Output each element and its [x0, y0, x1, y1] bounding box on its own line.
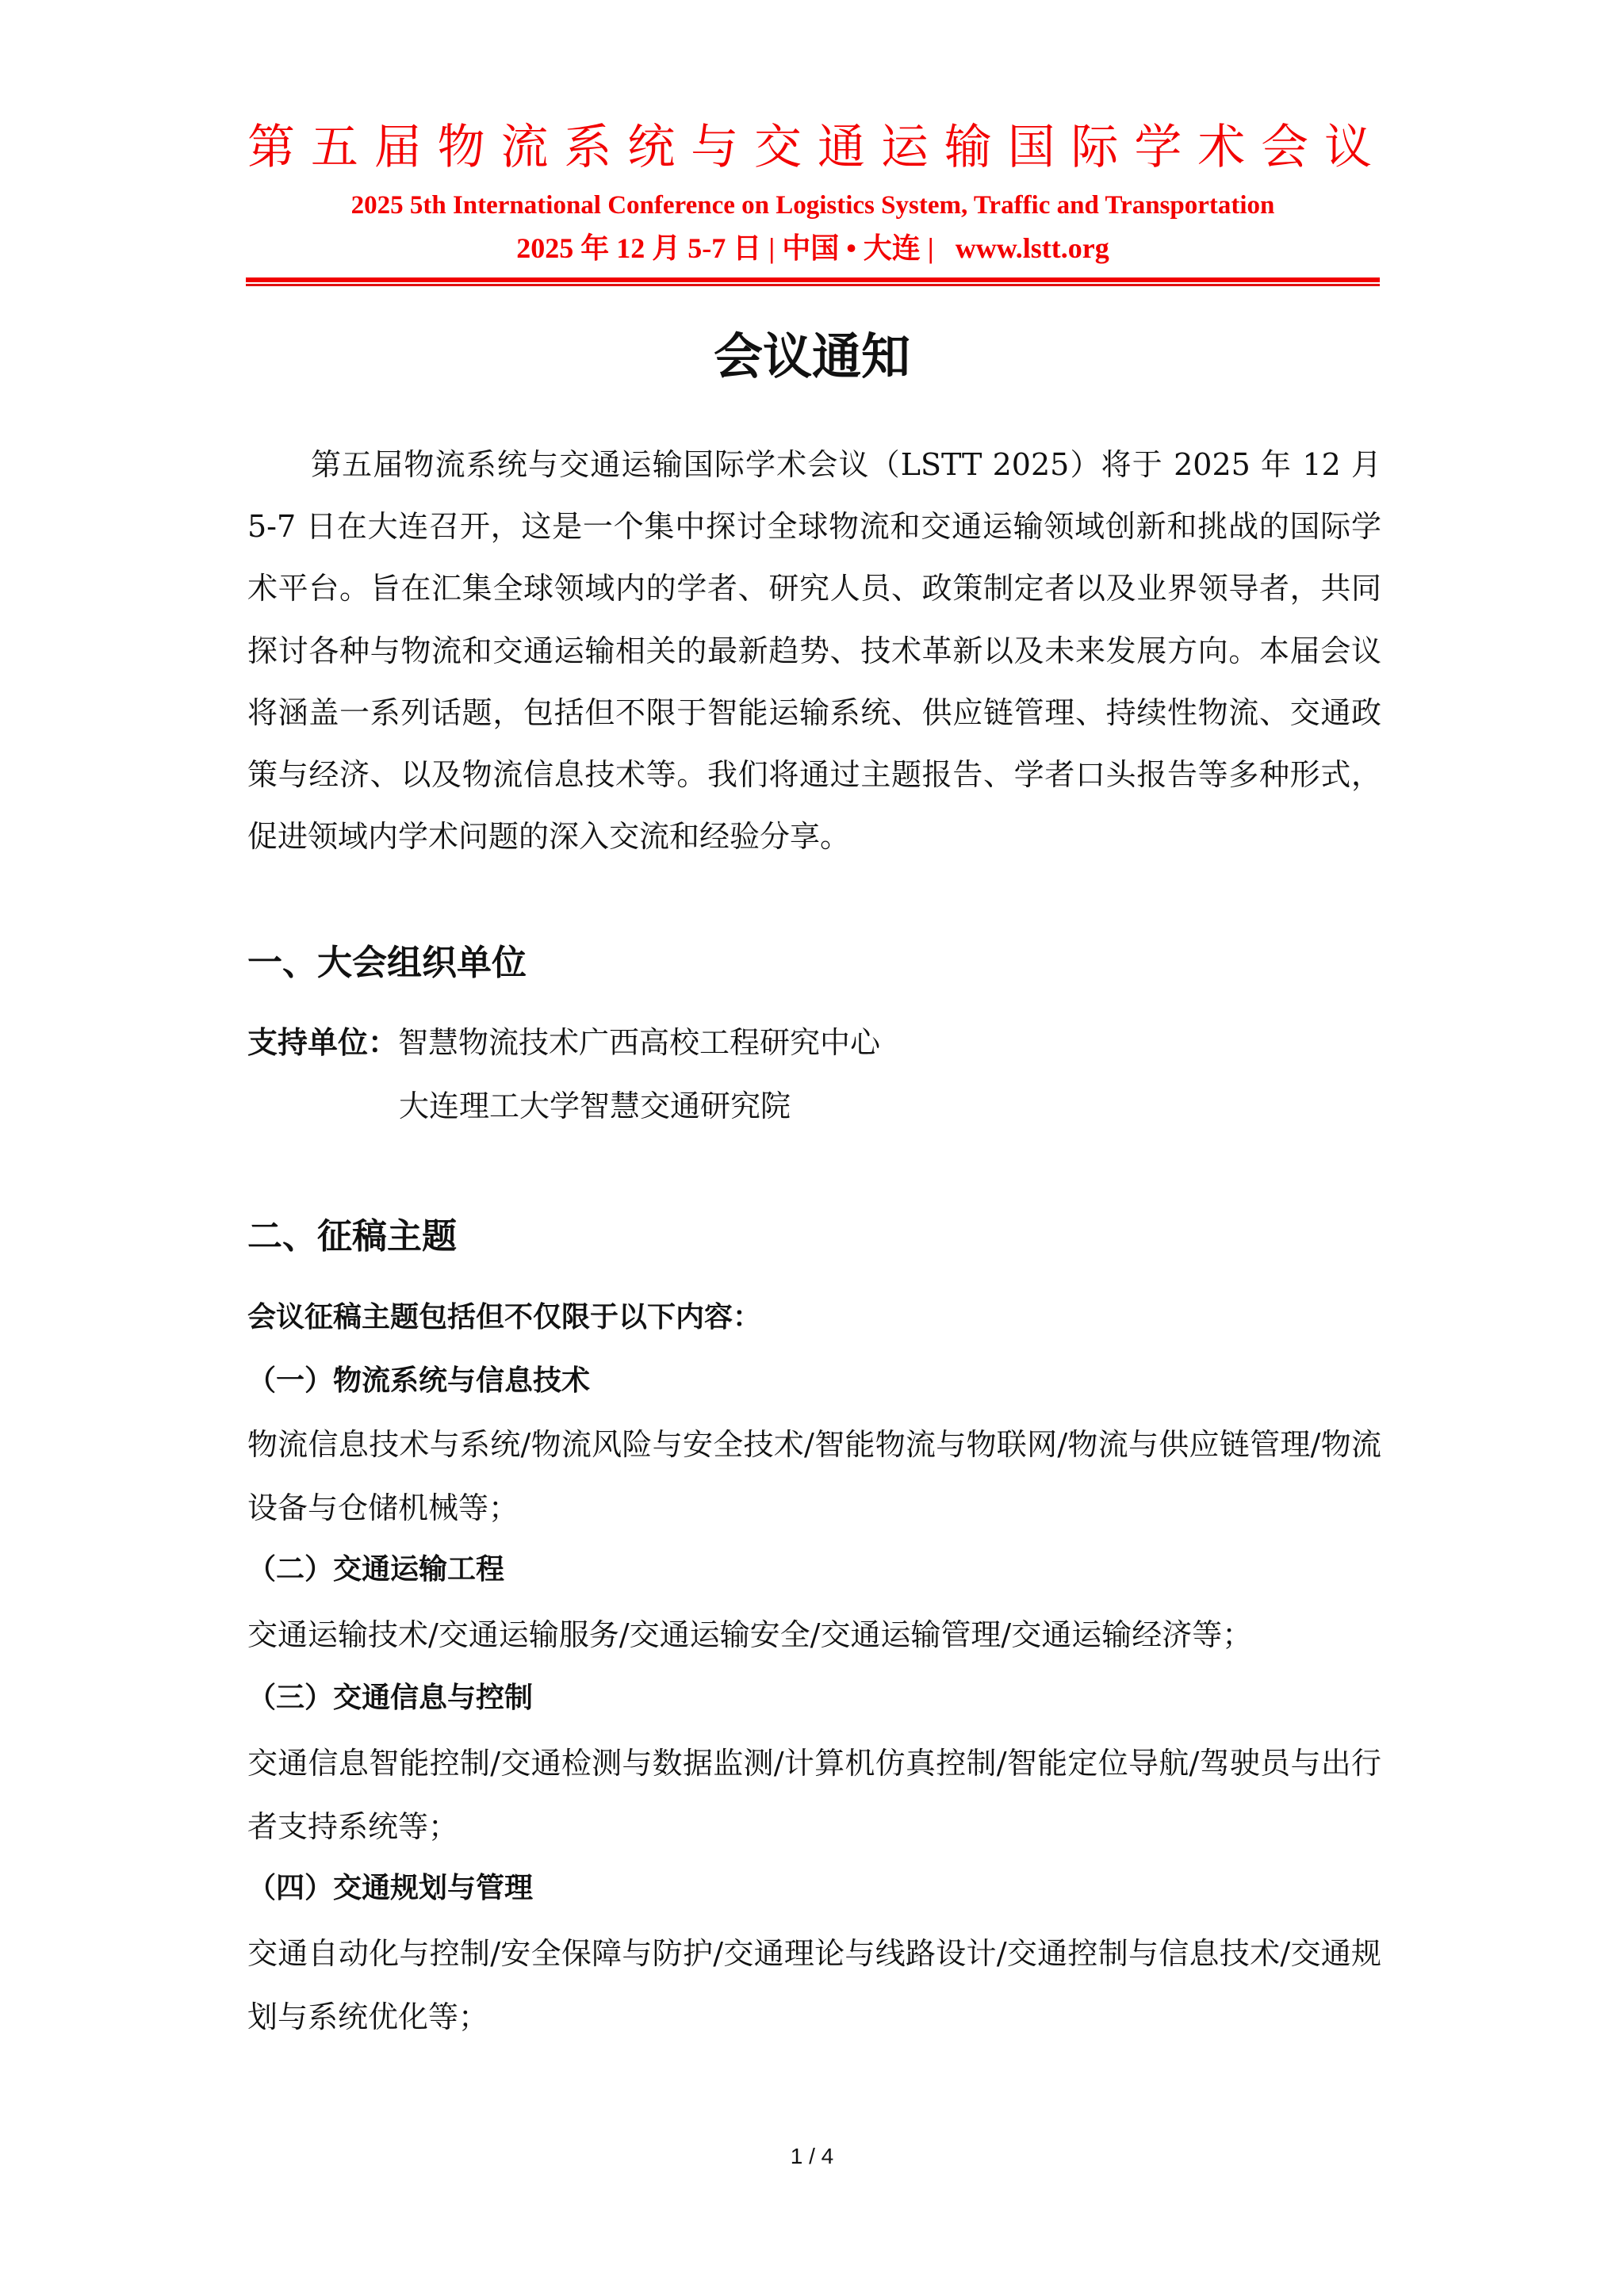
section-heading-organizers: 一、大会组织单位 [247, 939, 1381, 987]
topic-body-3: 交通信息智能控制/交通检测与数据监测/计算机仿真控制/智能定位导航/驾驶员与出行… [247, 1732, 1381, 1858]
topic-title-2: （二）交通运输工程 [247, 1546, 1381, 1594]
support-label: 支持单位： [247, 1025, 398, 1060]
topic-title-1: （一）物流系统与信息技术 [247, 1357, 1381, 1405]
header-rule-thin [246, 284, 1380, 286]
intro-paragraph: 第五届物流系统与交通运输国际学术会议（LSTT 2025）将于 2025 年 1… [247, 434, 1381, 867]
section-heading-topics: 二、征稿主题 [247, 1213, 1381, 1261]
topic-body-2: 交通运输技术/交通运输服务/交通运输安全/交通运输管理/交通运输经济等； [247, 1603, 1381, 1667]
topic-title-4: （四）交通规划与管理 [247, 1865, 1381, 1912]
topic-body-4: 交通自动化与控制/安全保障与防护/交通理论与线路设计/交通控制与信息技术/交通规… [247, 1922, 1381, 2049]
page-number: 1 / 4 [0, 2141, 1624, 2172]
topic-body-1: 物流信息技术与系统/物流风险与安全技术/智能物流与物联网/物流与供应链管理/物流… [247, 1413, 1381, 1540]
support-org-2: 大连理工大学智慧交通研究院 [399, 1089, 791, 1123]
support-org-line-2: 大连理工大学智慧交通研究院 [399, 1082, 1533, 1130]
conference-date-location-website: 2025 年 12 月 5-7 日 | 中国 • 大连 | www.lstt.o… [247, 230, 1378, 266]
document-title: 会议通知 [0, 325, 1624, 388]
support-org-1: 智慧物流技术广西高校工程研究中心 [398, 1025, 880, 1060]
topic-title-3: （三）交通信息与控制 [247, 1674, 1381, 1722]
conference-title-en: 2025 5th International Conference on Log… [247, 187, 1378, 224]
conference-title-cn: 第五届物流系统与交通运输国际学术会议 [247, 117, 1378, 178]
topics-intro: 会议征稿主题包括但不仅限于以下内容： [247, 1294, 1381, 1341]
support-org-line-1: 支持单位：智慧物流技术广西高校工程研究中心 [247, 1019, 1381, 1066]
header-rule-thick [246, 277, 1380, 282]
document-page: 第五届物流系统与交通运输国际学术会议 2025 5th Internationa… [0, 0, 1624, 2296]
